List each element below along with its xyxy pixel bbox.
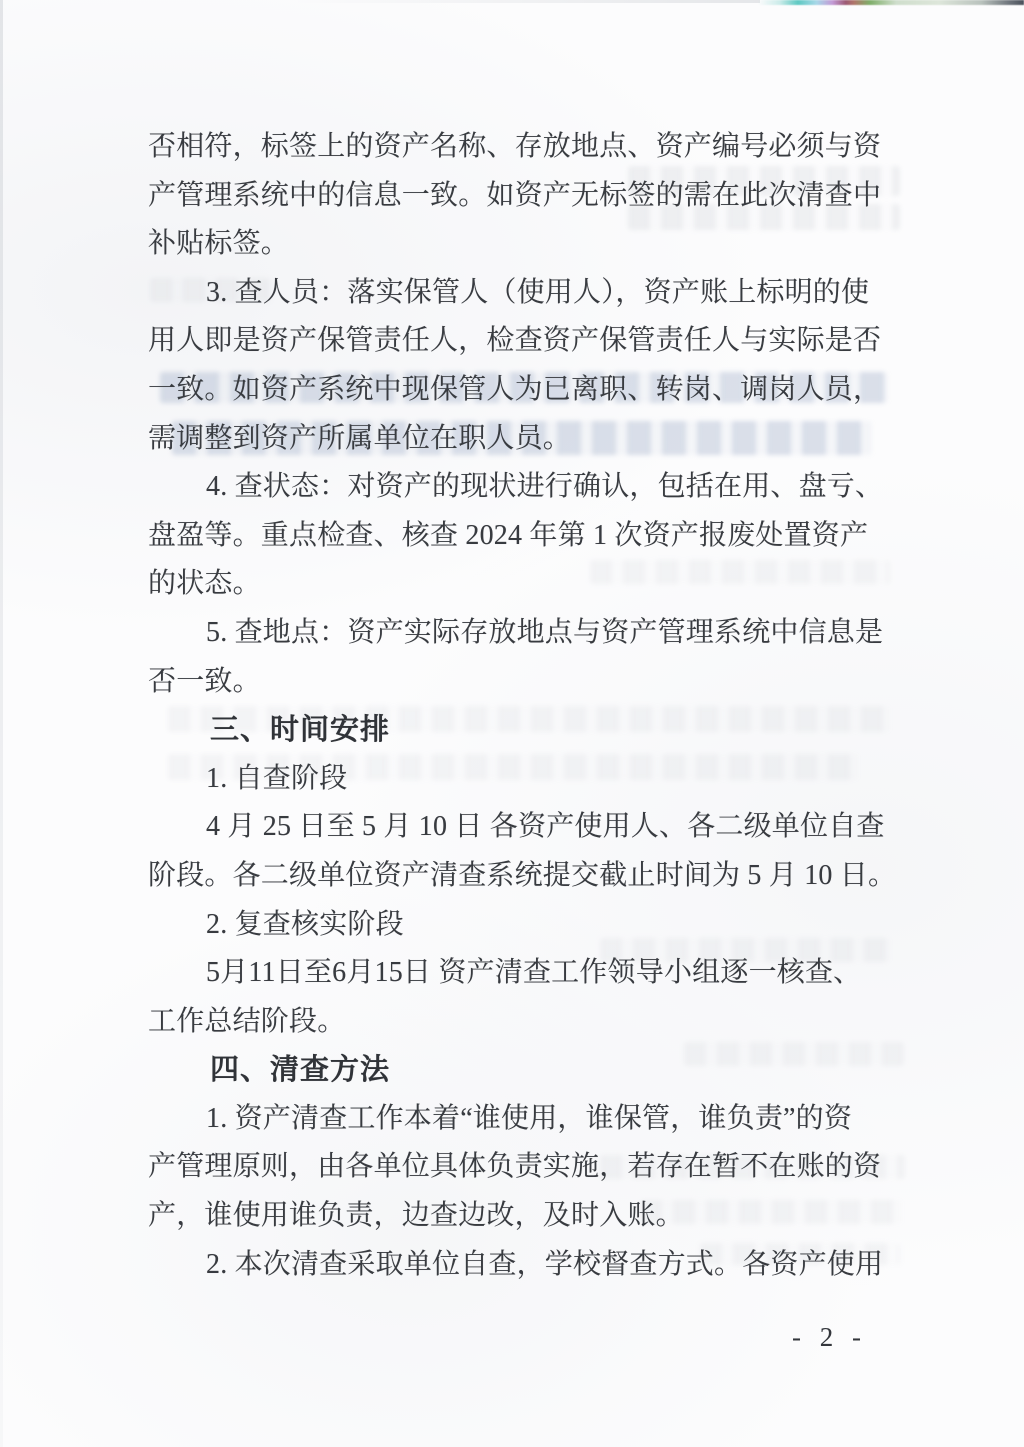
scanned-document-page: 否相符，标签上的资产名称、存放地点、资产编号必须与资 产管理系统中的信息一致。如… <box>0 0 1024 1447</box>
scanner-stripe-gray <box>295 0 760 3</box>
text-line: 3. 查人员：落实保管人（使用人），资产账上标明的使 <box>148 269 892 318</box>
text-line: 补贴标签。 <box>148 220 892 269</box>
text-line: 阶段。各二级单位资产清查系统提交截止时间为 5 月 10 日。 <box>148 852 892 901</box>
text-line: 4 月 25 日至 5 月 10 日 各资产使用人、各二级单位自查 <box>148 803 892 852</box>
text-line: 一致。如资产系统中现保管人为已离职、转岗、调岗人员， <box>148 366 892 415</box>
scanner-stripe-rainbow <box>758 0 1024 5</box>
text-line: 否一致。 <box>148 658 892 707</box>
text-line: 工作总结阶段。 <box>148 998 892 1047</box>
text-line: 产管理原则，由各单位具体负责实施，若存在暂不在账的资 <box>148 1143 892 1192</box>
text-line: 盘盈等。重点检查、核查 2024 年第 1 次资产报废处置资产 <box>148 512 892 561</box>
document-body: 否相符，标签上的资产名称、存放地点、资产编号必须与资 产管理系统中的信息一致。如… <box>148 123 892 1289</box>
text-line: 1. 自查阶段 <box>148 755 892 804</box>
text-line: 2. 本次清查采取单位自查，学校督查方式。各资产使用 <box>148 1241 892 1290</box>
text-line: 产，谁使用谁负责，边查边改，及时入账。 <box>148 1192 892 1241</box>
section-heading: 四、清查方法 <box>148 1046 892 1095</box>
text-line: 用人即是资产保管责任人，检查资产保管责任人与实际是否 <box>148 317 892 366</box>
text-line: 2. 复查核实阶段 <box>148 901 892 950</box>
text-line: 的状态。 <box>148 560 892 609</box>
text-line: 1. 资产清查工作本着“谁使用，谁保管，谁负责”的资 <box>148 1095 892 1144</box>
text-line: 产管理系统中的信息一致。如资产无标签的需在此次清查中 <box>148 172 892 221</box>
text-line: 5月11日至6月15日 资产清查工作领导小组逐一核查、 <box>148 949 892 998</box>
text-line: 否相符，标签上的资产名称、存放地点、资产编号必须与资 <box>148 123 892 172</box>
text-line: 需调整到资产所属单位在职人员。 <box>148 415 892 464</box>
page-number: - 2 - <box>792 1322 867 1353</box>
text-line: 5. 查地点：资产实际存放地点与资产管理系统中信息是 <box>148 609 892 658</box>
section-heading: 三、时间安排 <box>148 706 892 755</box>
paper-edge-shadow <box>0 0 3 1447</box>
text-line: 4. 查状态：对资产的现状进行确认，包括在用、盘亏、 <box>148 463 892 512</box>
